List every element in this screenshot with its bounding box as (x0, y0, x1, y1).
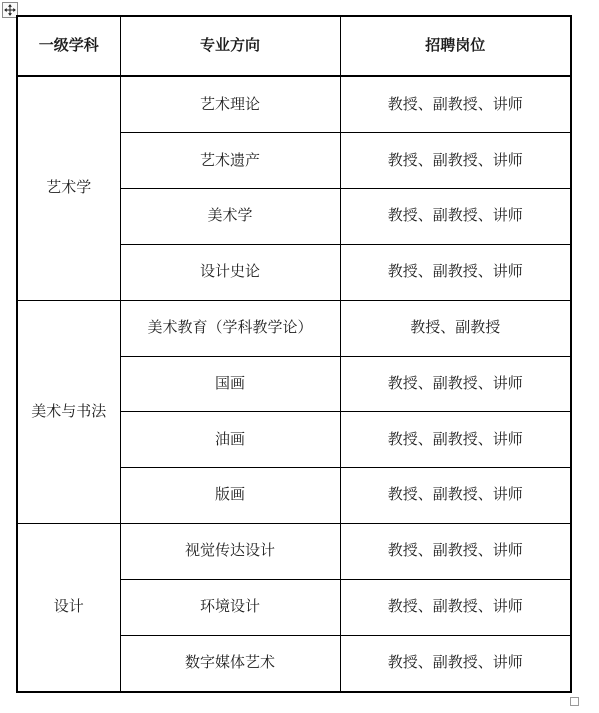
discipline-cell[interactable]: 美术与书法 (17, 300, 120, 523)
positions-cell[interactable]: 教授、副教授、讲师 (340, 189, 571, 245)
direction-cell[interactable]: 数字媒体艺术 (120, 635, 340, 692)
direction-cell[interactable]: 美术学 (120, 189, 340, 245)
direction-cell[interactable]: 艺术遗产 (120, 133, 340, 189)
positions-cell[interactable]: 教授、副教授、讲师 (340, 412, 571, 468)
positions-cell[interactable]: 教授、副教授、讲师 (340, 635, 571, 692)
positions-cell[interactable]: 教授、副教授、讲师 (340, 244, 571, 300)
positions-cell[interactable]: 教授、副教授、讲师 (340, 579, 571, 635)
direction-cell[interactable]: 国画 (120, 356, 340, 412)
table-resize-handle-icon[interactable] (570, 697, 579, 706)
direction-cell[interactable]: 油画 (120, 412, 340, 468)
table-row: 艺术学 艺术理论 教授、副教授、讲师 (17, 76, 571, 133)
table-row: 美术与书法 美术教育（学科教学论） 教授、副教授 (17, 300, 571, 356)
move-arrows-icon (4, 4, 16, 16)
recruitment-table: 一级学科 专业方向 招聘岗位 艺术学 艺术理论 教授、副教授、讲师 艺术遗产 教… (16, 15, 572, 693)
discipline-cell[interactable]: 艺术学 (17, 76, 120, 300)
positions-cell[interactable]: 教授、副教授、讲师 (340, 523, 571, 579)
direction-cell[interactable]: 环境设计 (120, 579, 340, 635)
header-cell-direction[interactable]: 专业方向 (120, 16, 340, 76)
direction-cell[interactable]: 视觉传达设计 (120, 523, 340, 579)
header-cell-discipline[interactable]: 一级学科 (17, 16, 120, 76)
discipline-cell[interactable]: 设计 (17, 523, 120, 692)
direction-cell[interactable]: 设计史论 (120, 244, 340, 300)
direction-cell[interactable]: 美术教育（学科教学论） (120, 300, 340, 356)
direction-cell[interactable]: 版画 (120, 468, 340, 524)
positions-cell[interactable]: 教授、副教授、讲师 (340, 133, 571, 189)
header-cell-positions[interactable]: 招聘岗位 (340, 16, 571, 76)
positions-cell[interactable]: 教授、副教授 (340, 300, 571, 356)
document-page: 一级学科 专业方向 招聘岗位 艺术学 艺术理论 教授、副教授、讲师 艺术遗产 教… (0, 0, 599, 713)
positions-cell[interactable]: 教授、副教授、讲师 (340, 76, 571, 133)
table-row: 设计 视觉传达设计 教授、副教授、讲师 (17, 523, 571, 579)
positions-cell[interactable]: 教授、副教授、讲师 (340, 468, 571, 524)
direction-cell[interactable]: 艺术理论 (120, 76, 340, 133)
positions-cell[interactable]: 教授、副教授、讲师 (340, 356, 571, 412)
header-row: 一级学科 专业方向 招聘岗位 (17, 16, 571, 76)
